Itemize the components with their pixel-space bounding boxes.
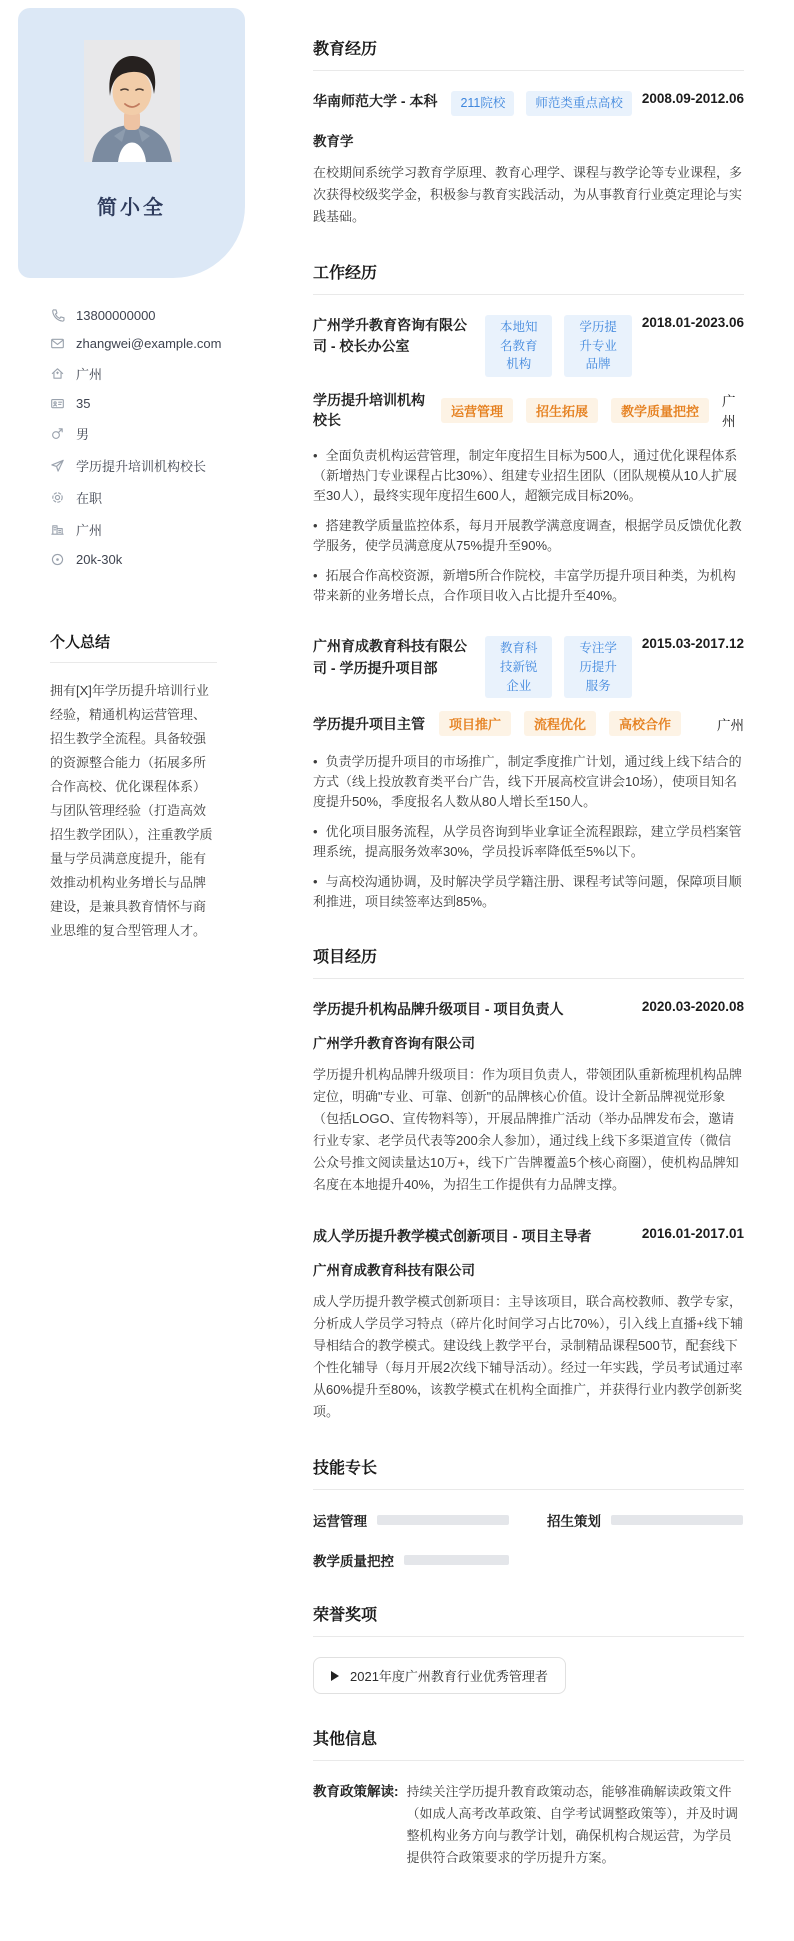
contact-value: 20k-30k [76, 552, 122, 567]
company-tags: 本地知名教育机构 学历提升专业品牌 [485, 315, 632, 377]
contact-list: 13800000000 zhangwei@example.com 广州 35 [50, 308, 220, 567]
bullet-dot: • [313, 518, 318, 533]
school-tags: 211院校 师范类重点高校 [451, 91, 631, 116]
bullet-dot: • [313, 754, 318, 769]
resume-page: 简小全 13800000000 zhangwei@example.com 广州 [0, 0, 794, 1941]
project-company: 广州学升教育咨询有限公司 [313, 1032, 744, 1052]
keyword-tag: 流程优化 [524, 711, 596, 736]
main-content: 教育经历 华南师范大学 - 本科 211院校 师范类重点高校 2008.09-2… [263, 0, 794, 1941]
contact-value: 13800000000 [76, 308, 156, 323]
honor-badge[interactable]: 2021年度广州教育行业优秀管理者 [313, 1657, 566, 1694]
bullet-dot: • [313, 568, 318, 583]
city-icon [50, 522, 65, 537]
work-location: 广州 [722, 390, 744, 430]
school-tag: 211院校 [451, 91, 514, 116]
avatar [84, 40, 180, 162]
education-description: 在校期间系统学习教育学原理、教育心理学、课程与教学论等专业课程，多次获得校级奖学… [313, 162, 744, 228]
contact-value: 广州 [76, 520, 102, 539]
contact-salary: 20k-30k [50, 552, 220, 567]
home-icon [50, 366, 65, 381]
company-tag: 本地知名教育机构 [485, 315, 552, 377]
section-projects: 项目经历 学历提升机构品牌升级项目 - 项目负责人 2020.03-2020.0… [313, 944, 744, 1423]
skill-item: 招生策划 [547, 1510, 743, 1530]
major: 教育学 [313, 130, 744, 150]
avatar-illustration [84, 40, 180, 162]
work-bullets: •全面负责机构运营管理，制定年度招生目标为500人，通过优化课程体系（新增热门专… [313, 446, 744, 606]
company-name: 广州学升教育咨询有限公司 - 校长办公室 [313, 315, 471, 358]
skill-item: 运营管理 [313, 1510, 509, 1530]
profile-card: 简小全 [18, 8, 245, 278]
project-description: 成人学历提升教学模式创新项目：主导该项目，联合高校教师、教学专家，分析成人学员学… [313, 1291, 744, 1423]
keyword-tag: 招生拓展 [526, 398, 598, 423]
contact-status: 在职 [50, 488, 220, 507]
keyword-tag: 运营管理 [441, 398, 513, 423]
bullet-dot: • [313, 448, 318, 463]
skill-bar [611, 1515, 743, 1525]
company-tag: 专注学历提升服务 [564, 636, 631, 698]
company-tags: 教育科技新锐企业 专注学历提升服务 [485, 636, 632, 698]
work-entry: 广州学升教育咨询有限公司 - 校长办公室 本地知名教育机构 学历提升专业品牌 2… [313, 315, 744, 606]
contact-value: 男 [76, 424, 89, 443]
section-honors: 荣誉奖项 2021年度广州教育行业优秀管理者 [313, 1602, 744, 1694]
status-icon [50, 490, 65, 505]
summary-title: 个人总结 [50, 631, 217, 663]
project-entry: 学历提升机构品牌升级项目 - 项目负责人 2020.03-2020.08 广州学… [313, 999, 744, 1196]
other-info-label: 教育政策解读: [313, 1781, 399, 1869]
keyword-tag: 教学质量把控 [611, 398, 709, 423]
contact-location: 广州 [50, 364, 220, 383]
gender-icon [50, 426, 65, 441]
position-title: 学历提升培训机构校长 [313, 390, 427, 430]
section-title: 技能专长 [313, 1455, 744, 1490]
work-bullet: •优化项目服务流程，从学员咨询到毕业拿证全流程跟踪，建立学员档案管理系统，提高服… [313, 822, 744, 862]
work-date: 2018.01-2023.06 [632, 315, 744, 330]
skill-name: 招生策划 [547, 1510, 601, 1530]
section-title: 荣誉奖项 [313, 1602, 744, 1637]
sidebar: 简小全 13800000000 zhangwei@example.com 广州 [0, 0, 263, 1941]
salary-icon [50, 552, 65, 567]
contact-gender: 男 [50, 424, 220, 443]
person-name: 简小全 [18, 191, 245, 220]
work-bullets: •负责学历提升项目的市场推广，制定季度推广计划，通过线上线下结合的方式（线上投放… [313, 752, 744, 912]
school-name: 华南师范大学 - 本科 [313, 91, 437, 113]
contact-value: 学历提升培训机构校长 [76, 456, 206, 475]
project-name: 学历提升机构品牌升级项目 - 项目负责人 [313, 999, 563, 1019]
project-company: 广州育成教育科技有限公司 [313, 1259, 744, 1279]
bullet-dot: • [313, 824, 318, 839]
section-skills: 技能专长 运营管理 招生策划 教学质量把控 [313, 1455, 744, 1570]
work-bullet: •全面负责机构运营管理，制定年度招生目标为500人，通过优化课程体系（新增热门专… [313, 446, 744, 506]
project-name: 成人学历提升教学模式创新项目 - 项目主导者 [313, 1226, 591, 1246]
personal-summary: 个人总结 拥有[X]年学历提升培训行业经验，精通机构运营管理、招生教学全流程。具… [50, 631, 217, 943]
work-date: 2015.03-2017.12 [632, 636, 744, 651]
play-icon [331, 1671, 339, 1681]
other-info-text: 持续关注学历提升教育政策动态，能够准确解读政策文件（如成人高考改革政策、自学考试… [407, 1781, 745, 1869]
contact-position: 学历提升培训机构校长 [50, 456, 220, 475]
contact-value: 35 [76, 396, 90, 411]
project-entry: 成人学历提升教学模式创新项目 - 项目主导者 2016.01-2017.01 广… [313, 1226, 744, 1423]
project-date: 2020.03-2020.08 [632, 999, 744, 1014]
bullet-dot: • [313, 874, 318, 889]
skill-name: 运营管理 [313, 1510, 367, 1530]
age-icon [50, 396, 65, 411]
company-name: 广州育成教育科技有限公司 - 学历提升项目部 [313, 636, 471, 679]
school-tag: 师范类重点高校 [526, 91, 632, 116]
project-description: 学历提升机构品牌升级项目：作为项目负责人，带领团队重新梳理机构品牌定位，明确"专… [313, 1064, 744, 1196]
section-work: 工作经历 广州学升教育咨询有限公司 - 校长办公室 本地知名教育机构 学历提升专… [313, 260, 744, 913]
education-entry: 华南师范大学 - 本科 211院校 师范类重点高校 2008.09-2012.0… [313, 91, 744, 228]
company-tag: 教育科技新锐企业 [485, 636, 552, 698]
work-location: 广州 [717, 714, 744, 734]
contact-city: 广州 [50, 520, 220, 539]
skills-grid: 运营管理 招生策划 教学质量把控 [313, 1510, 744, 1570]
section-title: 项目经历 [313, 944, 744, 979]
company-tag: 学历提升专业品牌 [564, 315, 631, 377]
contact-value: 在职 [76, 488, 102, 507]
work-bullet: •拓展合作高校资源，新增5所合作院校，丰富学历提升项目种类，为机构带来新的业务增… [313, 566, 744, 606]
summary-text: 拥有[X]年学历提升培训行业经验，精通机构运营管理、招生教学全流程。具备较强的资… [50, 679, 217, 943]
project-date: 2016.01-2017.01 [632, 1226, 744, 1241]
contact-phone: 13800000000 [50, 308, 220, 323]
other-info-row: 教育政策解读: 持续关注学历提升教育政策动态，能够准确解读政策文件（如成人高考改… [313, 1781, 744, 1869]
skill-bar [404, 1555, 509, 1565]
position-title: 学历提升项目主管 [313, 714, 425, 734]
keyword-tag: 项目推广 [439, 711, 511, 736]
section-education: 教育经历 华南师范大学 - 本科 211院校 师范类重点高校 2008.09-2… [313, 36, 744, 228]
skill-bar [377, 1515, 509, 1525]
section-title: 其他信息 [313, 1726, 744, 1761]
work-bullet: •负责学历提升项目的市场推广，制定季度推广计划，通过线上线下结合的方式（线上投放… [313, 752, 744, 812]
work-bullet: •搭建教学质量监控体系，每月开展教学满意度调查，根据学员反馈优化教学服务，使学员… [313, 516, 744, 556]
job-icon [50, 458, 65, 473]
contact-email: zhangwei@example.com [50, 336, 220, 351]
honor-label: 2021年度广州教育行业优秀管理者 [350, 1666, 548, 1685]
section-title: 工作经历 [313, 260, 744, 295]
work-entry: 广州育成教育科技有限公司 - 学历提升项目部 教育科技新锐企业 专注学历提升服务… [313, 636, 744, 912]
section-title: 教育经历 [313, 36, 744, 71]
keyword-tag: 高校合作 [609, 711, 681, 736]
mail-icon [50, 336, 65, 351]
education-date: 2008.09-2012.06 [632, 91, 744, 106]
skill-item: 教学质量把控 [313, 1550, 509, 1570]
contact-value: 广州 [76, 364, 102, 383]
contact-age: 35 [50, 396, 220, 411]
work-bullet: •与高校沟通协调，及时解决学员学籍注册、课程考试等问题，保障项目顺利推进，项目续… [313, 872, 744, 912]
section-other: 其他信息 教育政策解读: 持续关注学历提升教育政策动态，能够准确解读政策文件（如… [313, 1726, 744, 1869]
phone-icon [50, 308, 65, 323]
contact-value: zhangwei@example.com [76, 336, 221, 351]
skill-name: 教学质量把控 [313, 1550, 394, 1570]
